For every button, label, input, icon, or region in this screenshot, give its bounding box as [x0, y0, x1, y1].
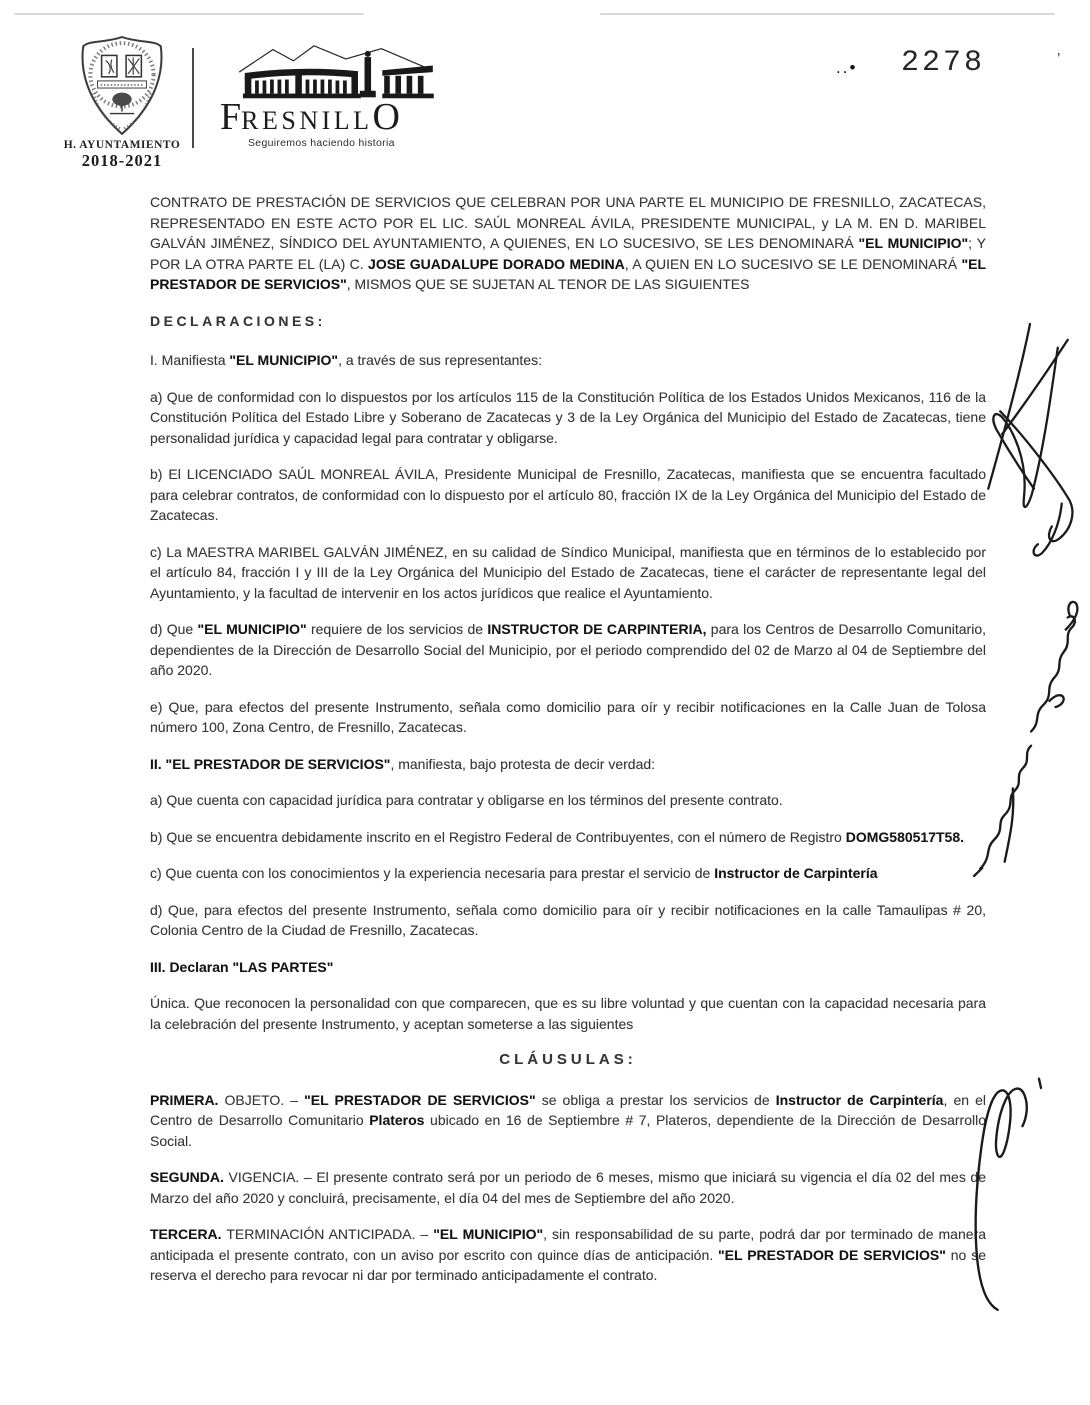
declaration-i-item-b: b) El LICENCIADO SAÚL MONREAL ÁVILA, Pre… [150, 464, 986, 526]
crest-caption: H. AYUNTAMIENTO [58, 139, 186, 151]
fresnillo-bridge-logo-icon [230, 44, 442, 102]
declaration-i-item-e: e) Que, para efectos del presente Instru… [150, 697, 986, 738]
folio-corner-tick: ’ [1057, 50, 1060, 67]
municipal-crest: H. AYUNTAMIENTO 2018-2021 [58, 34, 186, 171]
logo-title-final: O [373, 98, 400, 136]
declaration-i-item-d: d) Que "EL MUNICIPIO" requiere de los se… [150, 619, 986, 681]
unica-paragraph: Única. Que reconocen la personalidad con… [150, 993, 986, 1034]
intro-paragraph: CONTRATO DE PRESTACIÓN DE SERVICIOS QUE … [150, 192, 986, 295]
clause-segunda: SEGUNDA. VIGENCIA. – El presente contrat… [150, 1167, 986, 1208]
section-iii-heading: III. Declaran "LAS PARTES" [150, 957, 986, 978]
folio-ink-dots: ..• [836, 58, 857, 78]
scanned-contract-page: H. AYUNTAMIENTO 2018-2021 [0, 0, 1090, 1405]
contract-body: CONTRATO DE PRESTACIÓN DE SERVICIOS QUE … [150, 192, 986, 1302]
clause-tercera: TERCERA. TERMINACIÓN ANTICIPADA. – "EL M… [150, 1224, 986, 1286]
logo-title: FRESNILLO [220, 98, 470, 136]
declaration-ii-item-a: a) Que cuenta con capacidad jurídica par… [150, 790, 986, 811]
logo-tagline: Seguiremos haciendo historia [248, 137, 470, 149]
declaration-ii-item-c: c) Que cuenta con los conocimientos y la… [150, 863, 986, 884]
clausulas-heading: CLÁUSULAS: [150, 1050, 986, 1071]
municipal-crest-icon [75, 34, 169, 138]
declaration-i-item-a: a) Que de conformidad con lo dispuestos … [150, 387, 986, 449]
logo-title-initial: F [220, 98, 241, 136]
logo-title-middle: RESNILL [241, 108, 372, 134]
clause-primera: PRIMERA. OBJETO. – "EL PRESTADOR DE SERV… [150, 1090, 986, 1152]
section-ii-heading: II. "EL PRESTADOR DE SERVICIOS", manifie… [150, 754, 986, 775]
crest-years: 2018-2021 [58, 151, 186, 171]
declaraciones-heading: DECLARACIONES: [150, 311, 986, 332]
section-i-heading: I. Manifiesta "EL MUNICIPIO", a través d… [150, 350, 986, 371]
folio-number: 2278 [901, 46, 985, 80]
scan-artifact-line [600, 13, 1055, 15]
declaration-ii-item-b: b) Que se encuentra debidamente inscrito… [150, 827, 986, 848]
signature-handwritten-name-icon [970, 588, 1082, 880]
declaration-i-item-c: c) La MAESTRA MARIBEL GALVÁN JIMÉNEZ, en… [150, 542, 986, 604]
declaration-ii-item-d: d) Que, para efectos del presente Instru… [150, 900, 986, 941]
header-divider [192, 48, 194, 148]
fresnillo-logo: FRESNILLO Seguiremos haciendo historia [220, 44, 470, 149]
scan-artifact-line [14, 13, 364, 15]
